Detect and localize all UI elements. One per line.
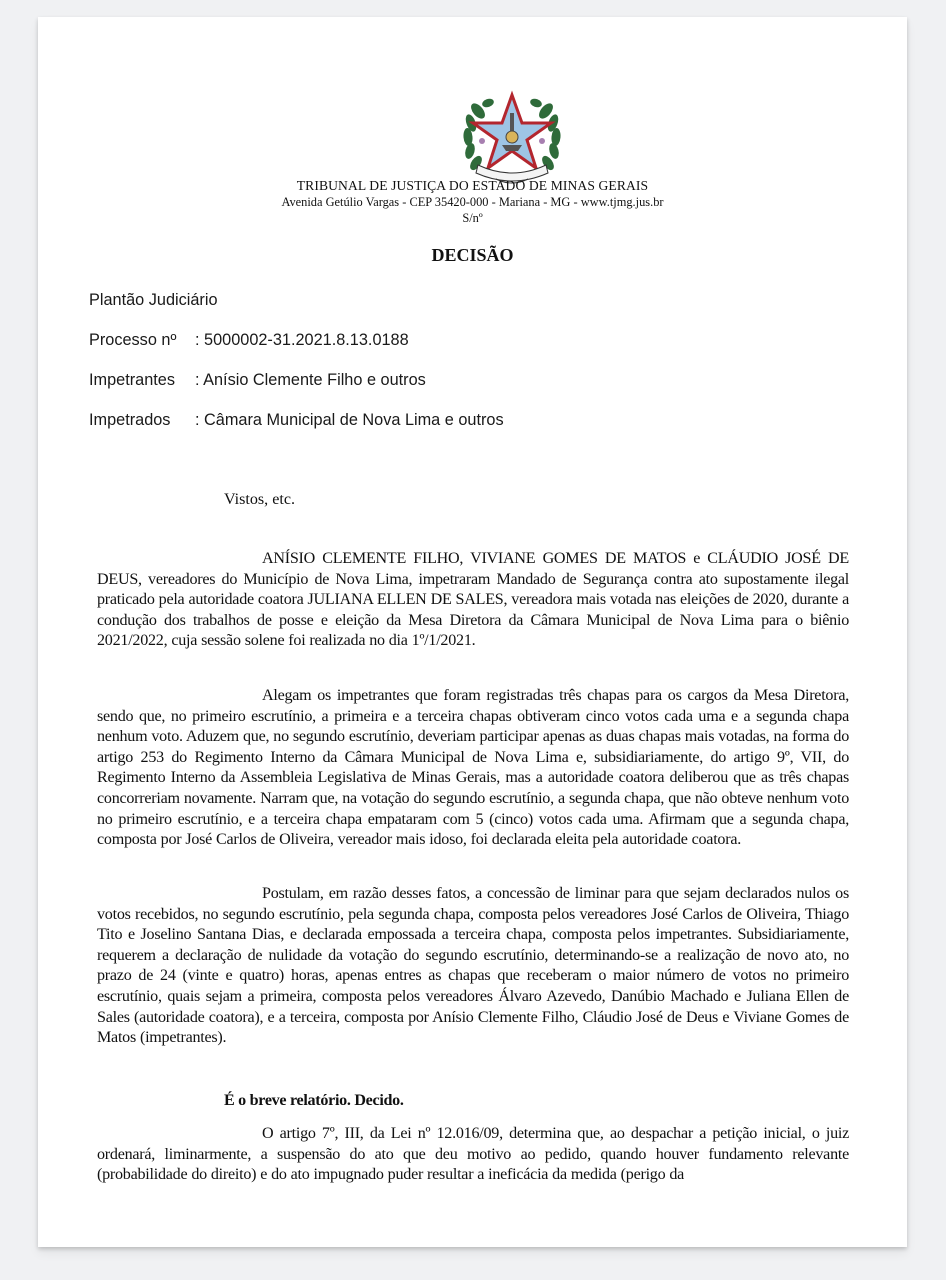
process-number-field: Processo nº: 5000002-31.2021.8.13.0188 — [89, 331, 409, 350]
opening-text: Vistos, etc. — [224, 491, 295, 509]
service-label: Plantão Judiciário — [89, 291, 218, 309]
paragraph-1: ANÍSIO CLEMENTE FILHO, VIVIANE GOMES DE … — [97, 549, 849, 652]
impetrados-field: Impetrados: Câmara Municipal de Nova Lim… — [89, 411, 504, 430]
paragraph-text: Alegam os impetrantes que foram registra… — [97, 686, 849, 851]
impetrantes-field: Impetrantes: Anísio Clemente Filho e out… — [89, 371, 426, 390]
impetrantes-value: : Anísio Clemente Filho e outros — [195, 371, 426, 389]
document-page: TRIBUNAL DE JUSTIÇA DO ESTADO DE MINAS G… — [38, 17, 907, 1247]
impetrados-label: Impetrados — [89, 411, 195, 430]
impetrados-value: : Câmara Municipal de Nova Lima e outros — [195, 411, 504, 429]
paragraph-text: Postulam, em razão desses fatos, a conce… — [97, 884, 849, 1049]
process-number-value: : 5000002-31.2021.8.13.0188 — [195, 331, 409, 349]
process-number-label: Processo nº — [89, 331, 195, 350]
court-number: S/nº — [38, 211, 907, 226]
section-heading: É o breve relatório. Decido. — [224, 1092, 404, 1110]
paragraph-text: ANÍSIO CLEMENTE FILHO, VIVIANE GOMES DE … — [97, 549, 849, 652]
coat-of-arms-icon — [456, 89, 568, 189]
service-line: Plantão Judiciário — [89, 291, 218, 310]
document-title: DECISÃO — [38, 245, 907, 266]
paragraph-3: Postulam, em razão desses fatos, a conce… — [97, 884, 849, 1049]
impetrantes-label: Impetrantes — [89, 371, 195, 390]
court-address: Avenida Getúlio Vargas - CEP 35420-000 -… — [38, 195, 907, 210]
paragraph-2: Alegam os impetrantes que foram registra… — [97, 686, 849, 851]
paragraph-text: O artigo 7º, III, da Lei nº 12.016/09, d… — [97, 1124, 849, 1186]
paragraph-decision: O artigo 7º, III, da Lei nº 12.016/09, d… — [97, 1124, 849, 1186]
court-name: TRIBUNAL DE JUSTIÇA DO ESTADO DE MINAS G… — [38, 178, 907, 194]
